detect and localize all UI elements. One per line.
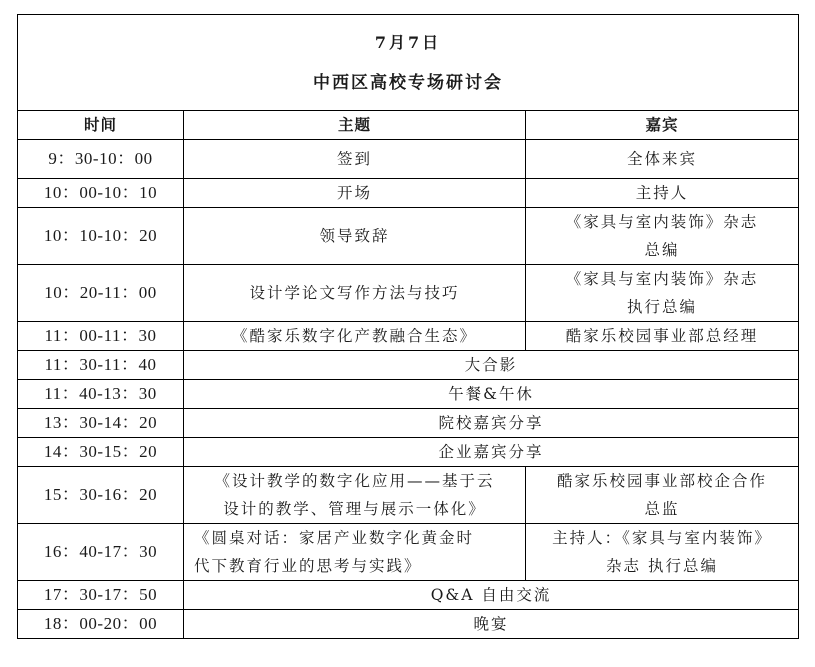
merged-cell: 晚宴 bbox=[184, 610, 799, 639]
table-row: 16：40-17：30 《圆桌对话：家居产业数字化黄金时 代下教育行业的思考与实… bbox=[18, 524, 799, 581]
column-header-topic: 主题 bbox=[184, 111, 526, 140]
guest-cell: 酷家乐校园事业部总经理 bbox=[526, 322, 799, 351]
guest-cell: 全体来宾 bbox=[526, 140, 799, 179]
time-cell: 17：30-17：50 bbox=[18, 581, 184, 610]
table-row: 17：30-17：50 Q&A 自由交流 bbox=[18, 581, 799, 610]
schedule-table: 7月7日 中西区高校专场研讨会 时间 主题 嘉宾 9：30-10：00 签到 全… bbox=[17, 14, 799, 639]
table-row: 10：00-10：10 开场 主持人 bbox=[18, 179, 799, 208]
table-row: 10：20-11：00 设计学论文写作方法与技巧 《家具与室内装饰》杂志 执行总… bbox=[18, 265, 799, 322]
time-cell: 11：40-13：30 bbox=[18, 380, 184, 409]
table-row: 11：00-11：30 《酷家乐数字化产教融合生态》 酷家乐校园事业部总经理 bbox=[18, 322, 799, 351]
table-row: 11：40-13：30 午餐&午休 bbox=[18, 380, 799, 409]
guest-line: 《家具与室内装饰》杂志 bbox=[532, 265, 792, 293]
time-cell: 9：30-10：00 bbox=[18, 140, 184, 179]
table-row: 11：30-11：40 大合影 bbox=[18, 351, 799, 380]
time-cell: 10：10-10：20 bbox=[18, 208, 184, 265]
guest-cell: 《家具与室内装饰》杂志 总编 bbox=[526, 208, 799, 265]
guest-cell: 酷家乐校园事业部校企合作 总监 bbox=[526, 467, 799, 524]
event-title: 中西区高校专场研讨会 bbox=[24, 66, 792, 100]
table-row: 10：10-10：20 领导致辞 《家具与室内装饰》杂志 总编 bbox=[18, 208, 799, 265]
table-row: 14：30-15：20 企业嘉宾分享 bbox=[18, 438, 799, 467]
topic-line: 《圆桌对话：家居产业数字化黄金时 bbox=[194, 524, 519, 552]
guest-line: 总编 bbox=[532, 236, 792, 264]
guest-cell: 《家具与室内装饰》杂志 执行总编 bbox=[526, 265, 799, 322]
guest-line: 《家具与室内装饰》杂志 bbox=[532, 208, 792, 236]
merged-cell: 午餐&午休 bbox=[184, 380, 799, 409]
time-cell: 11：30-11：40 bbox=[18, 351, 184, 380]
topic-cell: 签到 bbox=[184, 140, 526, 179]
column-header-guest: 嘉宾 bbox=[526, 111, 799, 140]
time-cell: 10：20-11：00 bbox=[18, 265, 184, 322]
guest-line: 酷家乐校园事业部校企合作 bbox=[532, 467, 792, 495]
topic-cell: 设计学论文写作方法与技巧 bbox=[184, 265, 526, 322]
time-cell: 11：00-11：30 bbox=[18, 322, 184, 351]
merged-cell: Q&A 自由交流 bbox=[184, 581, 799, 610]
guest-line: 执行总编 bbox=[532, 293, 792, 321]
guest-line: 主持人：《家具与室内装饰》 bbox=[532, 524, 792, 552]
header-row: 时间 主题 嘉宾 bbox=[18, 111, 799, 140]
topic-cell: 开场 bbox=[184, 179, 526, 208]
topic-line: 设计的教学、管理与展示一体化》 bbox=[190, 495, 519, 523]
topic-cell: 《设计教学的数字化应用——基于云 设计的教学、管理与展示一体化》 bbox=[184, 467, 526, 524]
guest-line: 杂志 执行总编 bbox=[532, 552, 792, 580]
time-cell: 18：00-20：00 bbox=[18, 610, 184, 639]
time-cell: 14：30-15：20 bbox=[18, 438, 184, 467]
topic-cell: 领导致辞 bbox=[184, 208, 526, 265]
time-cell: 16：40-17：30 bbox=[18, 524, 184, 581]
table-row: 15：30-16：20 《设计教学的数字化应用——基于云 设计的教学、管理与展示… bbox=[18, 467, 799, 524]
table-row: 18：00-20：00 晚宴 bbox=[18, 610, 799, 639]
merged-cell: 大合影 bbox=[184, 351, 799, 380]
guest-line: 总监 bbox=[532, 495, 792, 523]
time-cell: 15：30-16：20 bbox=[18, 467, 184, 524]
event-date: 7月7日 bbox=[24, 26, 792, 60]
time-cell: 10：00-10：10 bbox=[18, 179, 184, 208]
guest-cell: 主持人：《家具与室内装饰》 杂志 执行总编 bbox=[526, 524, 799, 581]
topic-line: 《设计教学的数字化应用——基于云 bbox=[190, 467, 519, 495]
column-header-time: 时间 bbox=[18, 111, 184, 140]
topic-cell: 《酷家乐数字化产教融合生态》 bbox=[184, 322, 526, 351]
time-cell: 13：30-14：20 bbox=[18, 409, 184, 438]
topic-line: 代下教育行业的思考与实践》 bbox=[194, 552, 519, 580]
merged-cell: 企业嘉宾分享 bbox=[184, 438, 799, 467]
table-row: 9：30-10：00 签到 全体来宾 bbox=[18, 140, 799, 179]
topic-cell: 《圆桌对话：家居产业数字化黄金时 代下教育行业的思考与实践》 bbox=[184, 524, 526, 581]
guest-cell: 主持人 bbox=[526, 179, 799, 208]
merged-cell: 院校嘉宾分享 bbox=[184, 409, 799, 438]
title-cell: 7月7日 中西区高校专场研讨会 bbox=[18, 15, 799, 111]
table-row: 13：30-14：20 院校嘉宾分享 bbox=[18, 409, 799, 438]
